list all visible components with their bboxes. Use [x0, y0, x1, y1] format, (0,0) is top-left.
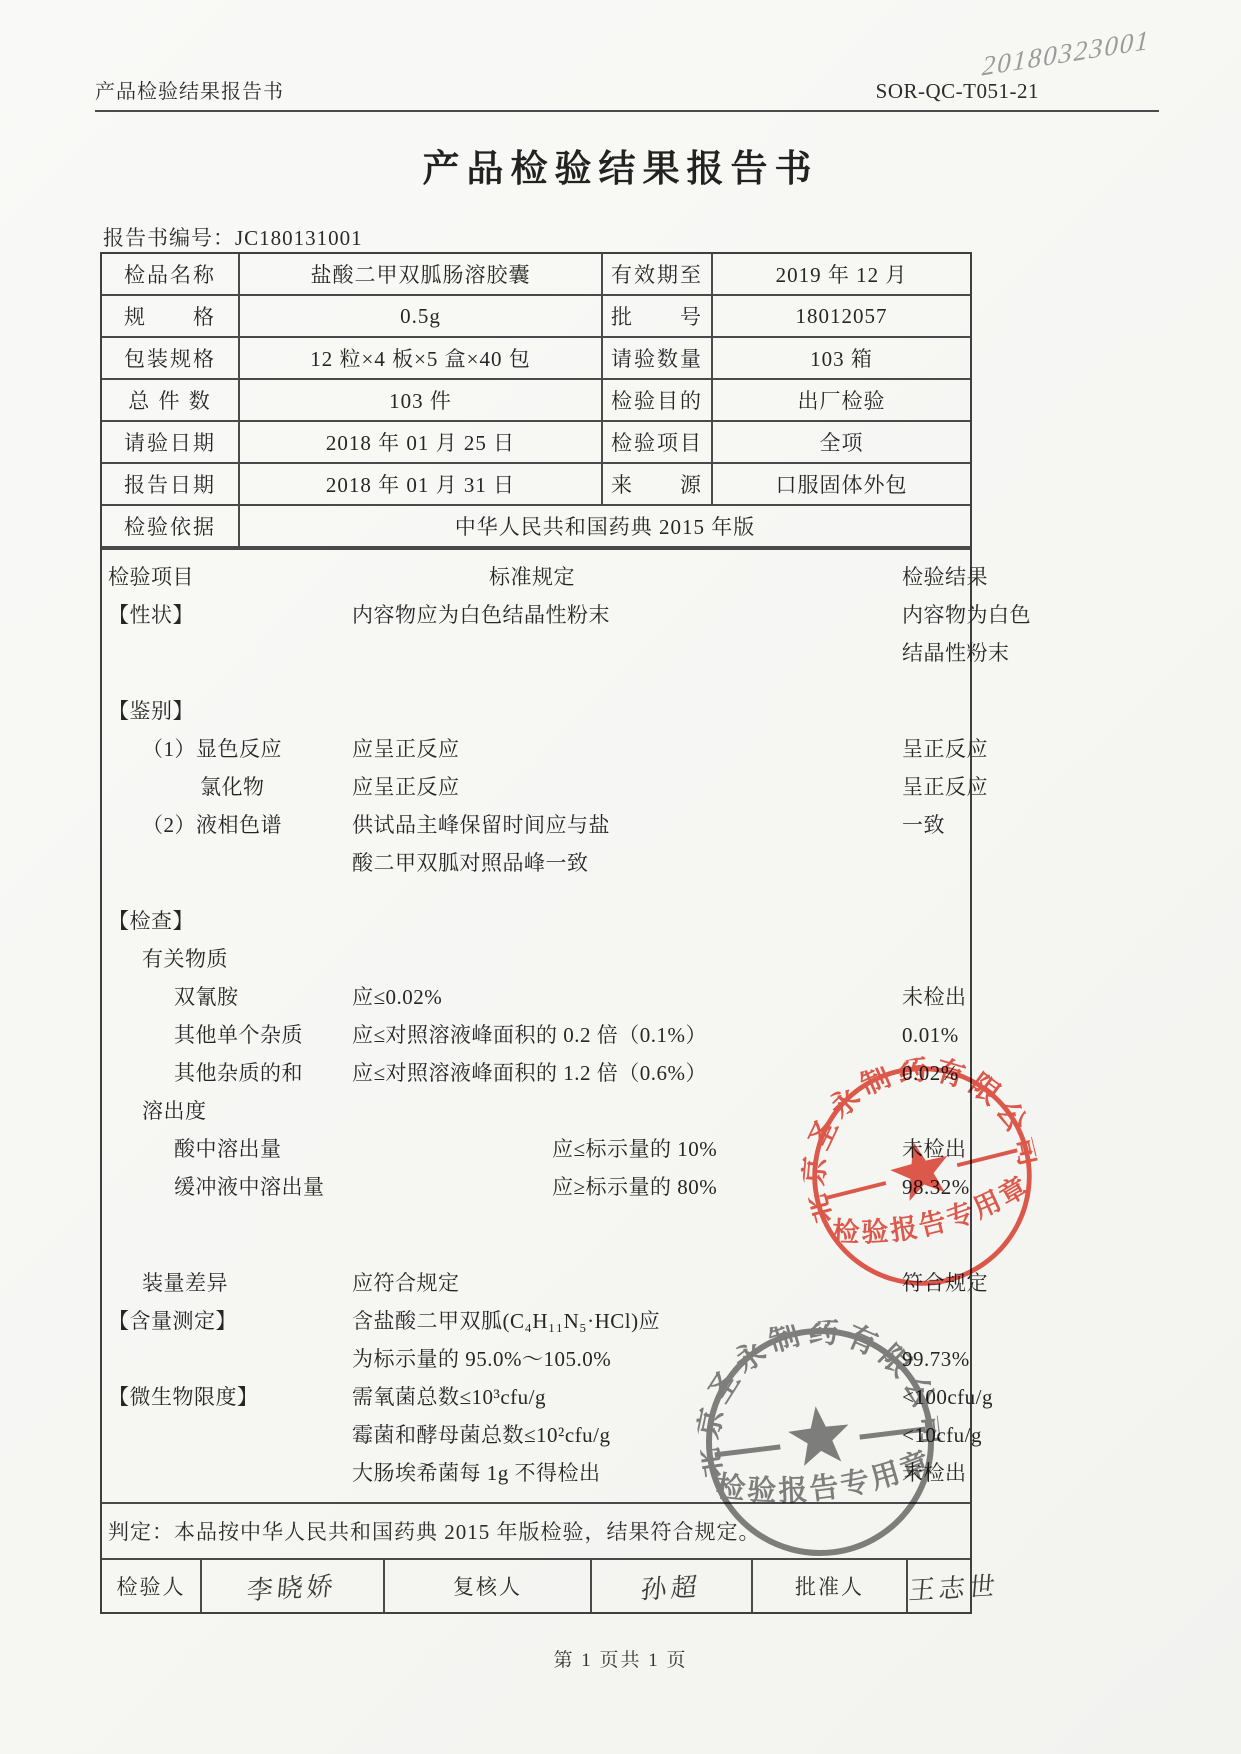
info-label: 检验目的: [602, 379, 712, 421]
page-number: 第 1 页共 1 页: [0, 1645, 1241, 1672]
result-row: 其他单个杂质 应≤对照溶液峰面积的 0.2 倍（0.1%） 0.01%: [102, 1016, 970, 1054]
result-spec: 应呈正反应: [352, 730, 802, 768]
info-label: 包装规格: [102, 337, 239, 379]
report-number-label: 报告书编号：: [103, 226, 235, 250]
result-spec: 需氧菌总数≤10³cfu/g: [352, 1378, 802, 1416]
result-row: 溶出度: [102, 1092, 970, 1130]
result-row: （2）液相色谱 供试品主峰保留时间应与盐 一致: [102, 806, 970, 844]
result-value: 99.73%: [802, 1340, 970, 1378]
table-row: 检验依据 中华人民共和国药典 2015 年版: [102, 505, 970, 547]
result-value: 未检出: [802, 978, 970, 1016]
table-row: 包装规格 12 粒×4 板×5 盒×40 包 请验数量 103 箱: [102, 337, 970, 379]
result-spec: 大肠埃希菌每 1g 不得检出: [352, 1454, 802, 1492]
result-value: 呈正反应: [802, 768, 988, 806]
reviewer-signature: 孙超: [591, 1559, 752, 1612]
info-value: 中华人民共和国药典 2015 年版: [239, 505, 970, 547]
header-form-code: SOR-QC-T051-21: [876, 79, 1159, 104]
result-item: 溶出度: [102, 1092, 352, 1130]
result-row: 酸中溶出量 应≤标示量的 10% 未检出: [102, 1130, 970, 1168]
results-header-result: 检验结果: [802, 558, 988, 596]
result-spec: 应≤0.02%: [352, 978, 802, 1016]
verdict-statement: 判定：本品按中华人民共和国药典 2015 年版检验，结果符合规定。: [102, 1502, 970, 1558]
table-row: 总 件 数 103 件 检验目的 出厂检验: [102, 379, 970, 421]
result-item: 其他杂质的和: [102, 1054, 352, 1092]
result-spec: 应呈正反应: [352, 768, 802, 806]
result-spec: 应≤标示量的 10%: [352, 1130, 802, 1168]
result-item: 【微生物限度】: [102, 1378, 352, 1416]
results-header-row: 检验项目 标准规定 检验结果: [102, 558, 970, 596]
report-number-value: JC180131001: [235, 226, 363, 250]
result-spec: 霉菌和酵母菌总数≤10²cfu/g: [352, 1416, 802, 1454]
page-header: 产品检验结果报告书 SOR-QC-T051-21: [95, 70, 1159, 112]
info-value: 口服固体外包: [712, 463, 970, 505]
result-row: 大肠埃希菌每 1g 不得检出 未检出: [102, 1454, 970, 1492]
info-label: 报告日期: [102, 463, 239, 505]
result-spec: 供试品主峰保留时间应与盐: [352, 806, 802, 844]
result-item: 【检查】: [102, 902, 352, 940]
info-value: 103 箱: [712, 337, 970, 379]
result-spec: 应符合规定: [352, 1264, 802, 1302]
result-row: 霉菌和酵母菌总数≤10²cfu/g <10cfu/g: [102, 1416, 970, 1454]
signature-table: 检验人 李晓娇 复核人 孙超 批准人 王志世: [102, 1558, 970, 1612]
info-label: 请验日期: [102, 421, 239, 463]
info-value: 12 粒×4 板×5 盒×40 包: [239, 337, 602, 379]
info-label: 批 号: [602, 295, 712, 337]
result-row: 结晶性粉末: [102, 634, 970, 672]
result-value: 98.32%: [802, 1168, 970, 1206]
info-value: 2018 年 01 月 25 日: [239, 421, 602, 463]
result-value: <100cfu/g: [802, 1378, 993, 1416]
result-item: 氯化物: [102, 768, 352, 806]
result-row: 【检查】: [102, 902, 970, 940]
results-header-spec: 标准规定: [352, 558, 802, 596]
info-value: 全项: [712, 421, 970, 463]
result-row: 有关物质: [102, 940, 970, 978]
info-label: 检验依据: [102, 505, 239, 547]
table-row: 报告日期 2018 年 01 月 31 日 来 源 口服固体外包: [102, 463, 970, 505]
info-value: 2018 年 01 月 31 日: [239, 463, 602, 505]
result-item: 双氰胺: [102, 978, 352, 1016]
sample-info-table: 检品名称 盐酸二甲双胍肠溶胶囊 有效期至 2019 年 12 月 规 格 0.5…: [102, 254, 970, 548]
result-row: （1）显色反应 应呈正反应 呈正反应: [102, 730, 970, 768]
report-number: 报告书编号：JC180131001: [103, 222, 363, 252]
result-value: 呈正反应: [802, 730, 988, 768]
result-value: 内容物为白色: [802, 596, 1031, 634]
reviewer-label: 复核人: [384, 1559, 591, 1612]
table-row: 请验日期 2018 年 01 月 25 日 检验项目 全项: [102, 421, 970, 463]
info-label: 检验项目: [602, 421, 712, 463]
info-label: 检品名称: [102, 254, 239, 295]
result-value: <10cfu/g: [802, 1416, 982, 1454]
result-spec: 应≥标示量的 80%: [352, 1168, 802, 1206]
result-row: 【含量测定】 含盐酸二甲双胍(C₄H₁₁N₅·HCl)应: [102, 1302, 970, 1340]
result-item: （1）显色反应: [102, 730, 352, 768]
result-item: 【含量测定】: [102, 1302, 352, 1340]
result-value: 未检出: [802, 1130, 970, 1168]
result-value: 未检出: [802, 1454, 970, 1492]
result-row: 装量差异 应符合规定 符合规定: [102, 1264, 970, 1302]
result-row: 双氰胺 应≤0.02% 未检出: [102, 978, 970, 1016]
info-value: 出厂检验: [712, 379, 970, 421]
scanned-report-page: 20180323001 产品检验结果报告书 SOR-QC-T051-21 产品检…: [0, 0, 1241, 1754]
result-value: 0.02%: [802, 1054, 970, 1092]
result-value: 符合规定: [802, 1264, 988, 1302]
approver-signature: 王志世: [907, 1559, 970, 1612]
info-value: 18012057: [712, 295, 970, 337]
table-row: 规 格 0.5g 批 号 18012057: [102, 295, 970, 337]
result-item: 【鉴别】: [102, 692, 352, 730]
result-item: 有关物质: [102, 940, 352, 978]
result-row: 为标示量的 95.0%～105.0% 99.73%: [102, 1340, 970, 1378]
result-item: 【性状】: [102, 596, 352, 634]
info-value: 盐酸二甲双胍肠溶胶囊: [239, 254, 602, 295]
signature-row: 检验人 李晓娇 复核人 孙超 批准人 王志世: [102, 1559, 970, 1612]
result-value: 0.01%: [802, 1016, 970, 1054]
result-row: 缓冲液中溶出量 应≥标示量的 80% 98.32%: [102, 1168, 970, 1206]
info-value: 0.5g: [239, 295, 602, 337]
results-header-item: 检验项目: [102, 558, 352, 596]
page-title: 产品检验结果报告书: [0, 138, 1241, 192]
result-row: 【微生物限度】 需氧菌总数≤10³cfu/g <100cfu/g: [102, 1378, 970, 1416]
result-spec: 内容物应为白色结晶性粉末: [352, 596, 802, 634]
header-doc-type: 产品检验结果报告书: [95, 75, 284, 104]
result-row: 其他杂质的和 应≤对照溶液峰面积的 1.2 倍（0.6%） 0.02%: [102, 1054, 970, 1092]
approver-label: 批准人: [752, 1559, 907, 1612]
result-spec: 应≤对照溶液峰面积的 0.2 倍（0.1%）: [352, 1016, 802, 1054]
inspector-label: 检验人: [102, 1559, 201, 1612]
result-spec: 含盐酸二甲双胍(C₄H₁₁N₅·HCl)应: [352, 1302, 802, 1340]
result-spec: 应≤对照溶液峰面积的 1.2 倍（0.6%）: [352, 1054, 802, 1092]
inspector-signature: 李晓娇: [201, 1559, 384, 1612]
info-label: 总 件 数: [102, 379, 239, 421]
result-item: 缓冲液中溶出量: [102, 1168, 352, 1206]
test-results-section: 检验项目 标准规定 检验结果 【性状】 内容物应为白色结晶性粉末 内容物为白色 …: [102, 548, 970, 1502]
result-item: （2）液相色谱: [102, 806, 352, 844]
result-value: 结晶性粉末: [802, 634, 1010, 672]
table-row: 检品名称 盐酸二甲双胍肠溶胶囊 有效期至 2019 年 12 月: [102, 254, 970, 295]
result-row: 【鉴别】: [102, 692, 970, 730]
result-item: 酸中溶出量: [102, 1130, 352, 1168]
info-label: 规 格: [102, 295, 239, 337]
report-sheet: 检品名称 盐酸二甲双胍肠溶胶囊 有效期至 2019 年 12 月 规 格 0.5…: [100, 252, 972, 1614]
result-row: 酸二甲双胍对照品峰一致: [102, 844, 970, 882]
result-value: 一致: [802, 806, 970, 844]
result-item: 其他单个杂质: [102, 1016, 352, 1054]
result-row: 【性状】 内容物应为白色结晶性粉末 内容物为白色: [102, 596, 970, 634]
result-spec: 为标示量的 95.0%～105.0%: [352, 1340, 802, 1378]
result-spec: 酸二甲双胍对照品峰一致: [352, 844, 802, 882]
info-label: 来 源: [602, 463, 712, 505]
result-row: 氯化物 应呈正反应 呈正反应: [102, 768, 970, 806]
result-item: 装量差异: [102, 1264, 352, 1302]
info-value: 103 件: [239, 379, 602, 421]
info-label: 请验数量: [602, 337, 712, 379]
info-value: 2019 年 12 月: [712, 254, 970, 295]
info-label: 有效期至: [602, 254, 712, 295]
